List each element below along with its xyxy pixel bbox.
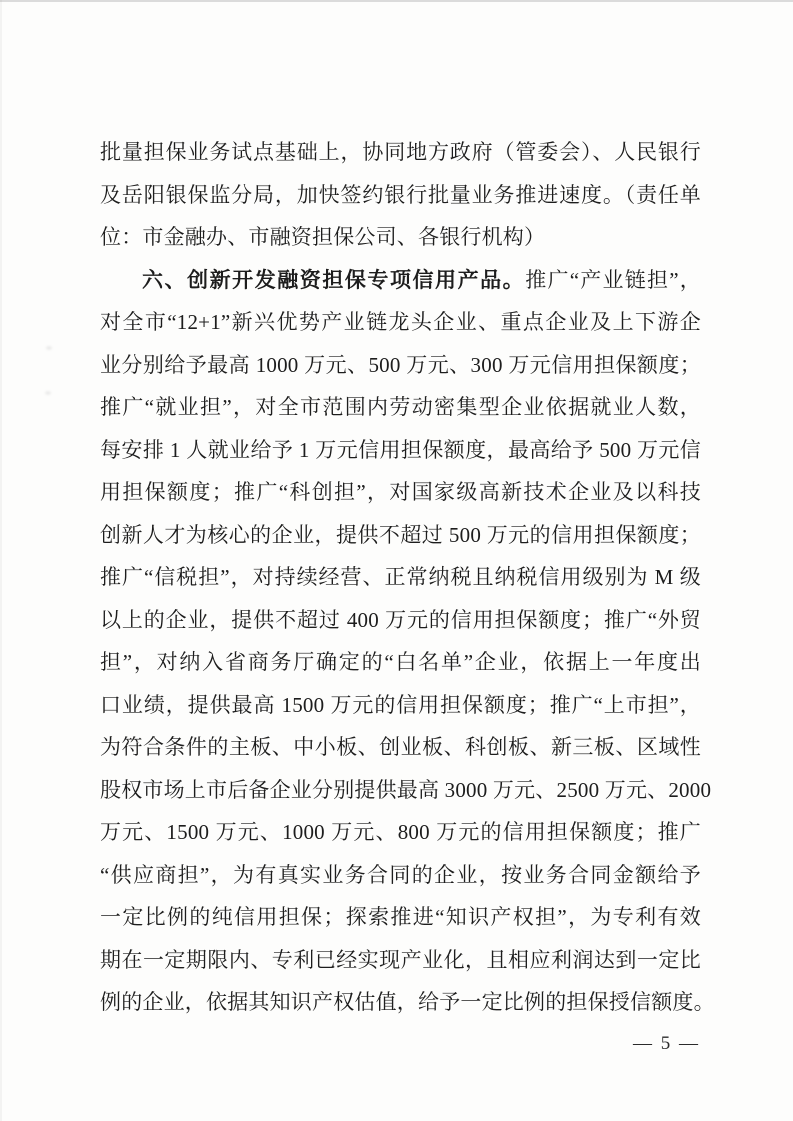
- text-line: 万元、1500 万元、1000 万元、800 万元的信用担保额度；推广: [100, 811, 701, 854]
- document-body: 批量担保业务试点基础上，协同地方政府（管委会）、人民银行 及岳阳银保监分局，加快…: [100, 131, 701, 1024]
- page-number: — 5 —: [633, 1033, 700, 1055]
- text-line: 位：市金融办、市融资担保公司、各银行机构）: [100, 216, 701, 259]
- text-line: 对全市“12+1”新兴优势产业链龙头企业、重点企业及上下游企: [100, 301, 701, 344]
- document-page: 批量担保业务试点基础上，协同地方政府（管委会）、人民银行 及岳阳银保监分局，加快…: [0, 0, 793, 1121]
- paragraph-responsibility: 批量担保业务试点基础上，协同地方政府（管委会）、人民银行 及岳阳银保监分局，加快…: [100, 131, 701, 259]
- text-line: 推广“就业担”，对全市范围内劳动密集型企业依据就业人数，: [100, 386, 701, 429]
- text-line: 用担保额度；推广“科创担”，对国家级高新技术企业及以科技: [100, 471, 701, 514]
- text-line: 推广“信税担”，对持续经营、正常纳税且纳税信用级别为 M 级: [100, 556, 701, 599]
- section-heading-continuation: 推广“产业链担”，: [525, 268, 701, 292]
- scan-speck: [46, 346, 52, 350]
- text-line: 每安排 1 人就业给予 1 万元信用担保额度，最高给予 500 万元信: [100, 429, 701, 472]
- text-line: 口业绩，提供最高 1500 万元的信用担保额度；推广“上市担”，: [100, 684, 701, 727]
- text-line: 例的企业，依据其知识产权估值，给予一定比例的担保授信额度。: [100, 981, 701, 1024]
- text-line: “供应商担”，为有真实业务合同的企业，按业务合同金额给予: [100, 854, 701, 897]
- text-line-section-heading: 六、创新开发融资担保专项信用产品。推广“产业链担”，: [100, 259, 701, 302]
- text-line: 为符合条件的主板、中小板、创业板、科创板、新三板、区域性: [100, 726, 701, 769]
- text-line: 一定比例的纯信用担保；探索推进“知识产权担”，为专利有效: [100, 896, 701, 939]
- text-line: 股权市场上市后备企业分别提供最高 3000 万元、2500 万元、2000: [100, 769, 701, 812]
- text-line: 及岳阳银保监分局，加快签约银行批量业务推进速度。（责任单: [100, 174, 701, 217]
- text-line: 以上的企业，提供不超过 400 万元的信用担保额度；推广“外贸: [100, 599, 701, 642]
- text-line: 担”，对纳入省商务厅确定的“白名单”企业，依据上一年度出: [100, 641, 701, 684]
- paragraph-section-six: 六、创新开发融资担保专项信用产品。推广“产业链担”， 对全市“12+1”新兴优势…: [100, 259, 701, 1024]
- text-line: 业分别给予最高 1000 万元、500 万元、300 万元信用担保额度；: [100, 344, 701, 387]
- text-line: 创新人才为核心的企业，提供不超过 500 万元的信用担保额度；: [100, 514, 701, 557]
- section-heading: 六、创新开发融资担保专项信用产品。: [142, 269, 525, 292]
- text-line: 批量担保业务试点基础上，协同地方政府（管委会）、人民银行: [100, 131, 701, 174]
- text-line: 期在一定期限内、专利已经实现产业化，且相应利润达到一定比: [100, 939, 701, 982]
- scan-speck: [45, 391, 51, 395]
